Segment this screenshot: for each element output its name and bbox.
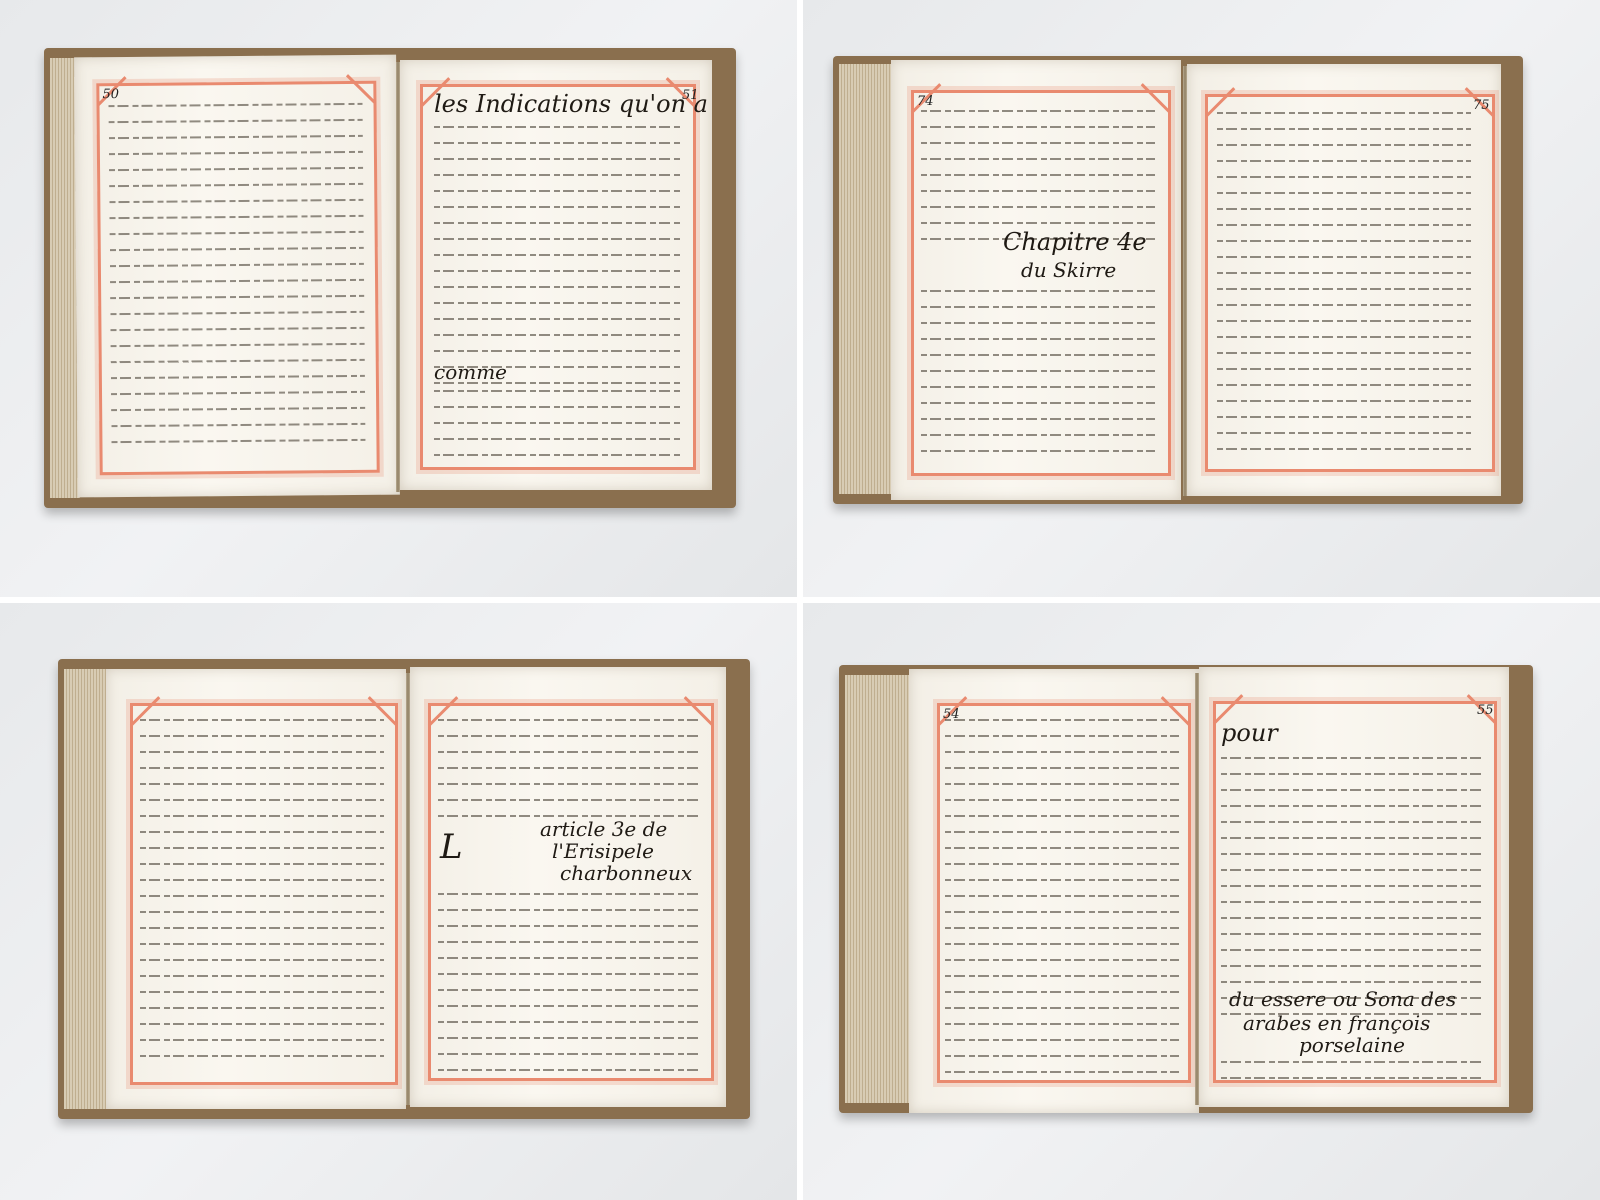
- page-number: 55: [1477, 703, 1494, 718]
- handwritten-text-block: [945, 719, 1179, 1087]
- section-title-line-2: arabes en françois: [1243, 1011, 1430, 1035]
- article-title-line-2: l'Erisipele: [552, 839, 654, 863]
- section-title: du essere ou Sona des: [1229, 987, 1456, 1011]
- right-page: article 3e de l'Erisipele charbonneux L: [410, 667, 726, 1107]
- chapter-subtitle: du Skirre: [1021, 258, 1116, 282]
- section-heading: les Indications qu'on a: [434, 90, 708, 118]
- photo-spread-3: article 3e de l'Erisipele charbonneux L: [0, 603, 797, 1200]
- left-page: 74 Chapitre 4e du Skirre: [891, 60, 1181, 500]
- paragraph-lead-word: pour: [1221, 719, 1278, 747]
- section-title-line-3: porselaine: [1299, 1033, 1405, 1057]
- chapter-title: Chapitre 4e: [1003, 228, 1147, 256]
- handwritten-text-block: [1217, 112, 1471, 464]
- handwritten-text-block: [438, 893, 700, 1085]
- handwritten-text-block: [434, 390, 682, 470]
- article-title: article 3e de: [540, 817, 667, 841]
- article-title-line-3: charbonneux: [560, 861, 692, 885]
- left-page: [106, 669, 406, 1109]
- handwritten-text-block: [140, 719, 384, 1071]
- handwritten-text-block: [438, 719, 700, 831]
- right-page: 75: [1187, 64, 1501, 496]
- drop-cap: L: [440, 827, 463, 867]
- page-number: 50: [102, 87, 119, 102]
- photo-spread-2: 74 Chapitre 4e du Skirre 75: [803, 0, 1600, 597]
- paragraph-lead-word: comme: [434, 360, 507, 384]
- page-edges-left: [64, 669, 112, 1109]
- page-edges-left: [839, 64, 895, 494]
- handwritten-text-block: [921, 290, 1155, 466]
- page-number: 75: [1473, 98, 1490, 113]
- left-page: 50: [74, 55, 400, 498]
- handwritten-text-block: [434, 126, 682, 398]
- photo-spread-1: 50 51 les Indications qu'on a comme: [0, 0, 797, 597]
- page-edges-left: [845, 675, 915, 1103]
- photo-spread-4: 54 55 pour du essere ou Sona des arabes …: [803, 603, 1600, 1200]
- handwritten-text-block: [1221, 1061, 1483, 1093]
- right-page: 55 pour du essere ou Sona des arabes en …: [1199, 667, 1509, 1107]
- page-number: 74: [917, 94, 934, 109]
- handwritten-text-block: [109, 103, 366, 457]
- left-page: 54: [909, 669, 1199, 1113]
- right-page: 51 les Indications qu'on a comme: [400, 60, 712, 490]
